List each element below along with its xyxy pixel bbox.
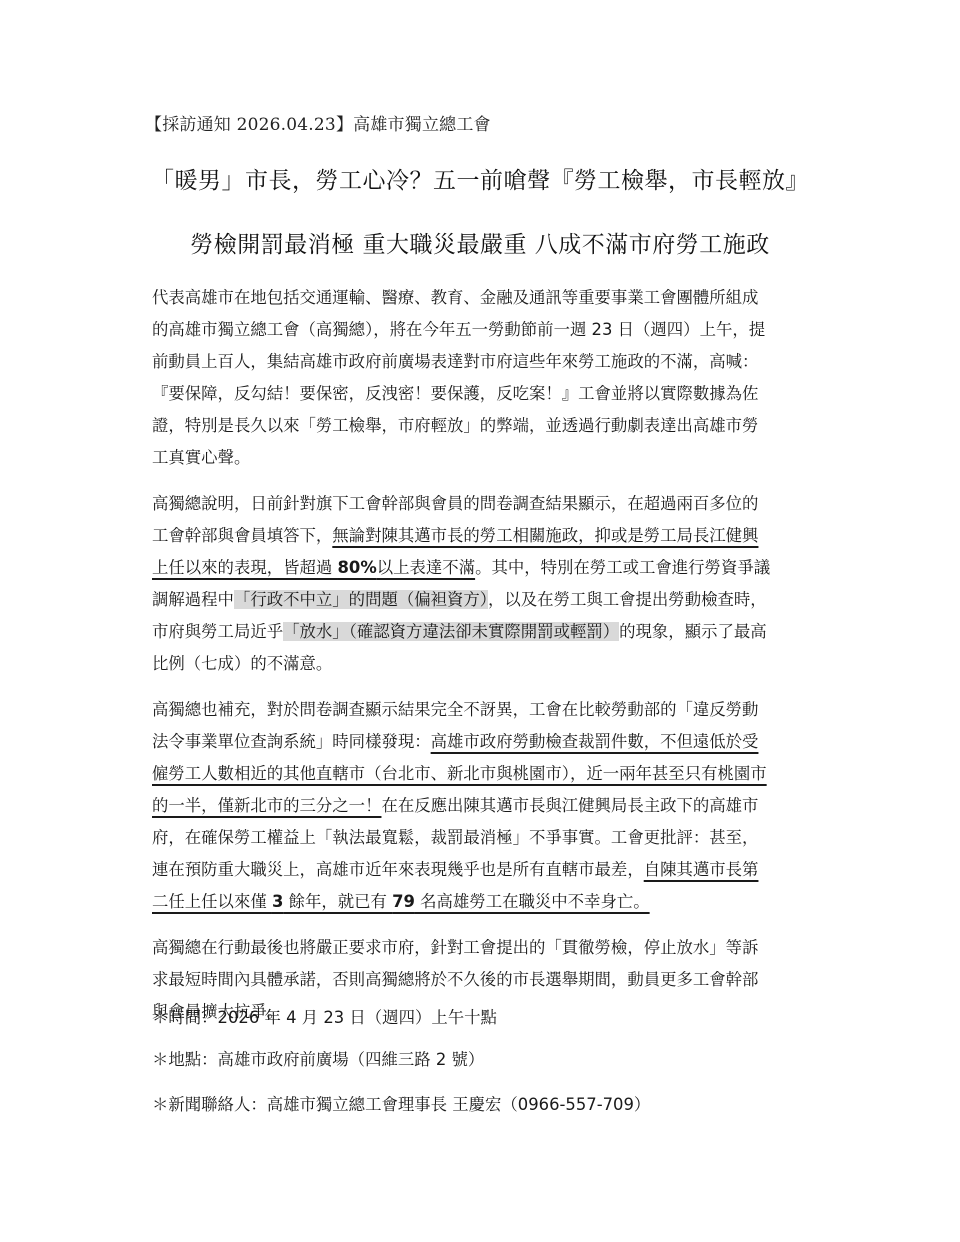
event-time: ＊時間：2026 年 4 月 23 日（週四）上午十點 bbox=[152, 1004, 497, 1028]
sub-title: 勞檢開罰最消極 重大職災最嚴重 八成不滿市府勞工施政 bbox=[0, 226, 960, 259]
underlined-text: 高雄市政府勞動檢查裁罰件數，不但遠低於受 bbox=[431, 732, 759, 751]
main-title: 「暖男」市長，勞工心冷？五一前嗆聲『勞工檢舉，市長輕放』 bbox=[0, 162, 960, 195]
text-run: 法令事業單位查詢系統」時同樣發現： bbox=[152, 732, 431, 751]
text-line: 調解過程中「行政不中立」的問題（偏袒資方），以及在勞工與工會提出勞動檢查時， bbox=[152, 584, 832, 616]
text-line: 市府與勞工局近乎「放水」（確認資方違法卻未實際開罰或輕罰）的現象，顯示了最高 bbox=[152, 616, 832, 648]
text-run: 連在預防重大職災上，高雄市近年來表現幾乎也是所有直轄市最差， bbox=[152, 860, 644, 879]
press-contact: ＊新聞聯絡人：高雄市獨立總工會理事長 王慶宏（0966-557-709） bbox=[152, 1091, 650, 1115]
underlined-text: 僱勞工人數相近的其他直轄市（台北市、新北市與桃園市），近一兩年甚至只有桃園市 bbox=[152, 764, 767, 783]
paragraph-1: 代表高雄市在地包括交通運輸、醫療、教育、金融及通訊等重要事業工會團體所組成 的高… bbox=[152, 282, 832, 474]
text-line: 二任上任以來僅 3 餘年，就已有 79 名高雄勞工在職災中不幸身亡。 bbox=[152, 886, 832, 918]
event-place: ＊地點：高雄市政府前廣場（四維三路 2 號） bbox=[152, 1046, 484, 1070]
text-line: 連在預防重大職災上，高雄市近年來表現幾乎也是所有直轄市最差，自陳其邁市長第 bbox=[152, 854, 832, 886]
underlined-text: 上任以來的表現，皆超過 bbox=[152, 558, 338, 577]
text-run: 工會幹部與會員填答下， bbox=[152, 526, 332, 545]
underlined-text: 名高雄勞工在職災中不幸身亡。 bbox=[415, 892, 650, 911]
underlined-text: 無論對陳其邁市長的勞工相關施政，抑或是勞工局長江健興 bbox=[332, 526, 758, 545]
text-line: 僱勞工人數相近的其他直轄市（台北市、新北市與桃園市），近一兩年甚至只有桃園市 bbox=[152, 758, 832, 790]
text-line: 求最短時間內具體承諾，否則高獨總將於不久後的市長選舉期間，動員更多工會幹部 bbox=[152, 964, 832, 996]
text-line: 工會幹部與會員填答下，無論對陳其邁市長的勞工相關施政，抑或是勞工局長江健興 bbox=[152, 520, 832, 552]
underlined-text: 的一半，僅新北市的三分之一！ bbox=[152, 796, 381, 815]
text-line: 比例（七成）的不滿意。 bbox=[152, 648, 832, 680]
text-line: 的一半，僅新北市的三分之一！在在反應出陳其邁市長與江健興局長主政下的高雄市 bbox=[152, 790, 832, 822]
text-line: 『要保障，反勾結！要保密，反洩密！要保護，反吃案！』工會並將以實際數據為佐 bbox=[152, 378, 832, 410]
article-body: 代表高雄市在地包括交通運輸、醫療、教育、金融及通訊等重要事業工會團體所組成 的高… bbox=[152, 282, 832, 1042]
text-run: 在在反應出陳其邁市長與江健興局長主政下的高雄市 bbox=[381, 796, 758, 815]
underlined-text: 以上表達不滿 bbox=[377, 558, 475, 577]
interview-notice-header: 【採訪通知 2026.04.23】高雄市獨立總工會 bbox=[145, 110, 491, 135]
text-run: 的現象，顯示了最高 bbox=[619, 622, 767, 641]
text-line: 上任以來的表現，皆超過 80%以上表達不滿。其中，特別在勞工或工會進行勞資爭議 bbox=[152, 552, 832, 584]
text-line: 代表高雄市在地包括交通運輸、醫療、教育、金融及通訊等重要事業工會團體所組成 bbox=[152, 282, 832, 314]
paragraph-3: 高獨總也補充，對於問卷調查顯示結果完全不訝異，工會在比較勞動部的「違反勞動 法令… bbox=[152, 694, 832, 918]
text-run: ，以及在勞工與工會提出勞動檢查時， bbox=[488, 590, 767, 609]
highlighted-text: 「行政不中立」的問題（偏袒資方） bbox=[234, 590, 488, 609]
text-line: 證，特別是長久以來「勞工檢舉，市府輕放」的弊端，並透過行動劇表達出高雄市勞 bbox=[152, 410, 832, 442]
text-line: 前動員上百人，集結高雄市政府前廣場表達對市府這些年來勞工施政的不滿，高喊： bbox=[152, 346, 832, 378]
bold-percentage: 80% bbox=[338, 558, 377, 577]
bold-number: 79 bbox=[392, 892, 415, 911]
text-line: 高獨總也補充，對於問卷調查顯示結果完全不訝異，工會在比較勞動部的「違反勞動 bbox=[152, 694, 832, 726]
text-line: 府，在確保勞工權益上「執法最寬鬆，裁罰最消極」不爭事實。工會更批評：甚至， bbox=[152, 822, 832, 854]
document-page: 【採訪通知 2026.04.23】高雄市獨立總工會 「暖男」市長，勞工心冷？五一… bbox=[0, 0, 960, 1242]
underlined-text: 餘年，就已有 bbox=[283, 892, 392, 911]
text-line: 工真實心聲。 bbox=[152, 442, 832, 474]
text-run: 。其中，特別在勞工或工會進行勞資爭議 bbox=[475, 558, 770, 577]
highlighted-text: 「放水」（確認資方違法卻未實際開罰或輕罰） bbox=[283, 622, 619, 641]
text-line: 高獨總在行動最後也將嚴正要求市府，針對工會提出的「貫徹勞檢，停止放水」等訴 bbox=[152, 932, 832, 964]
bold-number: 3 bbox=[272, 892, 283, 911]
text-run: 市府與勞工局近乎 bbox=[152, 622, 283, 641]
text-line: 法令事業單位查詢系統」時同樣發現：高雄市政府勞動檢查裁罰件數，不但遠低於受 bbox=[152, 726, 832, 758]
text-line: 的高雄市獨立總工會（高獨總），將在今年五一勞動節前一週 23 日（週四）上午，提 bbox=[152, 314, 832, 346]
text-run: 調解過程中 bbox=[152, 590, 234, 609]
underlined-text: 自陳其邁市長第 bbox=[644, 860, 759, 879]
underlined-text: 二任上任以來僅 bbox=[152, 892, 272, 911]
paragraph-2: 高獨總說明，日前針對旗下工會幹部與會員的問卷調查結果顯示，在超過兩百多位的 工會… bbox=[152, 488, 832, 680]
text-line: 高獨總說明，日前針對旗下工會幹部與會員的問卷調查結果顯示，在超過兩百多位的 bbox=[152, 488, 832, 520]
